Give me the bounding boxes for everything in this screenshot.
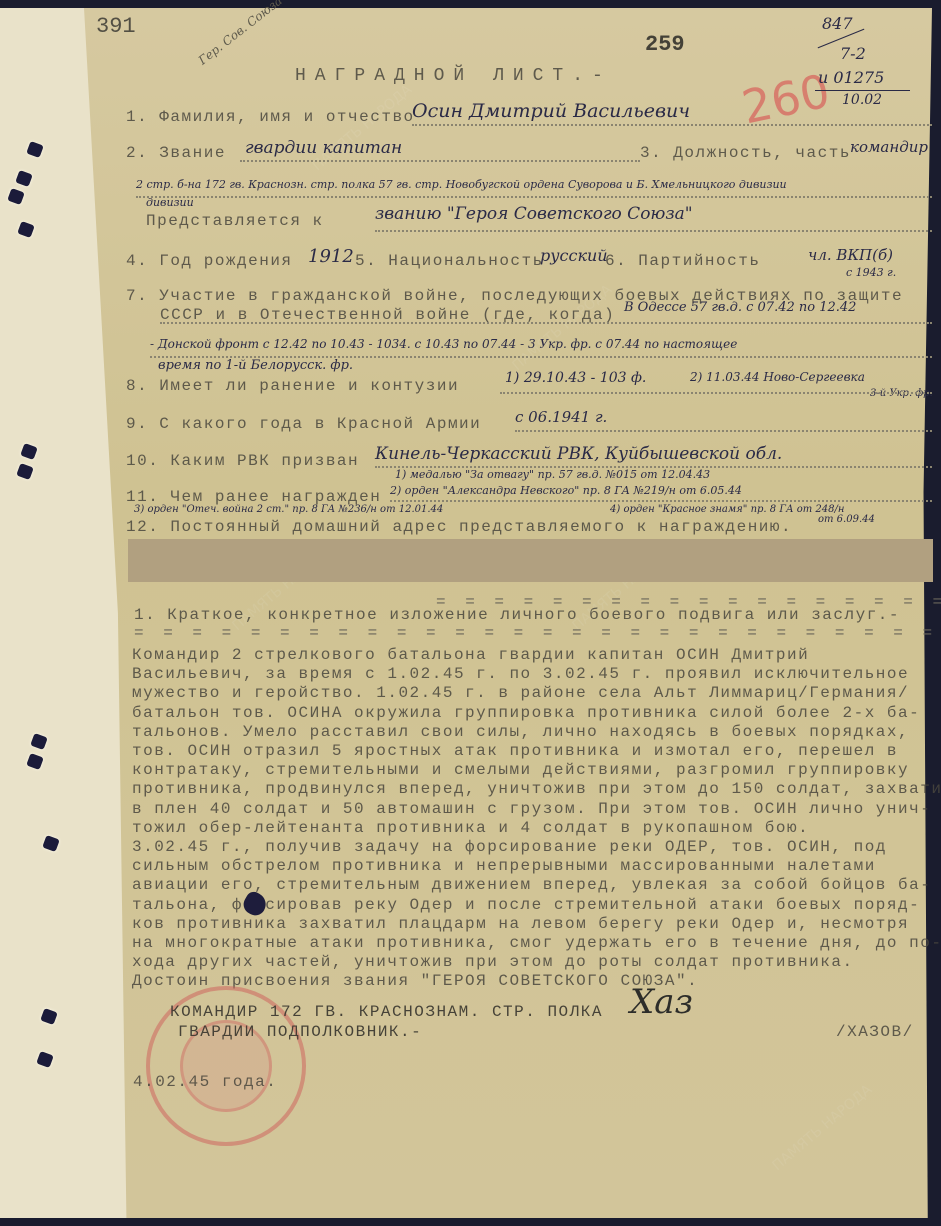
field-10-label: 10. Каким РВК призван xyxy=(126,452,359,470)
annotation-line1: 847 xyxy=(822,14,853,33)
narrative-line: Васильевич, за время с 1.02.45 г. по 3.0… xyxy=(132,665,932,684)
signature-title-line1: КОМАНДИР 172 ГВ. КРАСНОЗНАМ. СТР. ПОЛКА xyxy=(170,1003,603,1021)
annotation-line2: 7-2 xyxy=(840,44,866,63)
sheet-number: 391 xyxy=(96,14,136,39)
field-4-label: 4. Год рождения xyxy=(126,252,293,270)
field-4-value: 1912 xyxy=(308,246,354,267)
narrative-line: Достоин присвоения звания "ГЕРОЯ СОВЕТСК… xyxy=(132,972,932,991)
field-9-value: с 06.1941 г. xyxy=(515,408,607,426)
separator-line: = = = = = = = = = = = = = = = = = = = = … xyxy=(134,624,941,642)
field-7-value-a: В Одессе 57 гв.д. с 07.42 по 12.42 xyxy=(624,300,856,315)
narrative-line: 3.02.45 г., получив задачу на форсирован… xyxy=(132,838,932,857)
signature-title-line2: ГВАРДИИ ПОДПОЛКОВНИК.- xyxy=(178,1023,422,1041)
field-11-value-b: 2) орден "Александра Невского" пр. 8 ГА … xyxy=(390,484,742,497)
fill-line xyxy=(500,392,932,394)
narrative-line: противника, продвинулся вперед, уничтожи… xyxy=(132,780,932,799)
field-2-value: гвардии капитан xyxy=(245,138,402,158)
narrative-line: на многократные атаки противника, смог у… xyxy=(132,934,932,953)
document-date: 4.02.45 года. xyxy=(133,1073,277,1091)
field-5-label: 5. Национальность xyxy=(355,252,544,270)
narrative-line: сильным обстрелом противника и непрерывн… xyxy=(132,857,932,876)
field-12-label: 12. Постоянный домашний адрес представля… xyxy=(126,518,792,536)
field-8-label: 8. Имеет ли ранение и контузии xyxy=(126,377,459,395)
narrative-line: Командир 2 стрелкового батальона гвардии… xyxy=(132,646,932,665)
fill-line xyxy=(412,124,932,126)
fill-line xyxy=(390,500,932,502)
field-11-value-d: 4) орден "Красное знамя" пр. 8 ГА от 248… xyxy=(610,504,844,515)
handwritten-signature: Хаз xyxy=(630,982,693,1022)
fill-line xyxy=(375,230,932,232)
document-title: НАГРАДНОЙ ЛИСТ.- xyxy=(295,66,612,86)
narrative-heading: 1. Краткое, конкретное изложение личного… xyxy=(134,606,900,624)
narrative-line: тальонов. Умело расставил свои силы, лич… xyxy=(132,723,932,742)
redacted-address-block xyxy=(128,539,933,582)
page-number: 259 xyxy=(645,32,685,57)
field-12-value: от 6.09.44 xyxy=(818,514,875,525)
field-6-label: 6. Партийность xyxy=(605,252,760,270)
annotation-line4: 10.02 xyxy=(842,92,882,108)
presented-label: Представляется к xyxy=(146,212,324,230)
field-6-value: чл. ВКП(б) xyxy=(808,246,893,264)
field-7-value-b: - Донской фронт с 12.42 по 10.43 - 1034.… xyxy=(150,337,737,351)
narrative-line: тожил обер-лейтенанта противника и 4 сол… xyxy=(132,819,932,838)
annotation-divider xyxy=(815,90,910,91)
field-1-value: Осин Дмитрий Васильевич xyxy=(412,100,690,122)
field-8-value-b: 2) 11.03.44 Ново-Сергеевка xyxy=(690,370,865,384)
field-8-value: 1) 29.10.43 - 103 ф. xyxy=(505,370,646,386)
field-3-value-c: дивизии xyxy=(146,196,194,209)
fill-line xyxy=(240,160,640,162)
narrative-line: батальон тов. ОСИНА окружила группировка… xyxy=(132,704,932,723)
signer-name: /ХАЗОВ/ xyxy=(836,1023,914,1041)
annotation-line3: и 01275 xyxy=(818,68,884,87)
field-9-label: 9. С какого года в Красной Армии xyxy=(126,415,481,433)
field-3-value-a: командир xyxy=(850,138,928,156)
presented-value: званию "Героя Советского Союза" xyxy=(375,204,693,224)
narrative-line: тов. ОСИН отразил 5 яростных атак против… xyxy=(132,742,932,761)
field-1-label: 1. Фамилия, имя и отчество xyxy=(126,108,415,126)
narrative-body: Командир 2 стрелкового батальона гвардии… xyxy=(132,646,932,992)
narrative-line: хода других частей, уничтожив при этом д… xyxy=(132,953,932,972)
field-5-value: русский xyxy=(540,246,608,265)
field-11-value-c: 3) орден "Отеч. война 2 ст." пр. 8 ГА №2… xyxy=(134,504,443,515)
fill-line xyxy=(160,322,932,324)
fill-line xyxy=(136,196,932,198)
narrative-line: мужество и геройство. 1.02.45 г. в район… xyxy=(132,684,932,703)
field-3-value-b: 2 стр. б-на 172 гв. Краснозн. стр. полка… xyxy=(136,178,787,191)
narrative-line: ков противника захватил плацдарм на лево… xyxy=(132,915,932,934)
fill-line xyxy=(515,430,932,432)
scan-frame: ПАМЯТЬ НАРОДА ПАМЯТЬ НАРОДА ПАМЯТЬ НАРОД… xyxy=(0,0,941,1226)
narrative-line: контратаку, стремительными и смелыми дей… xyxy=(132,761,932,780)
field-10-value: Кинель-Черкасский РВК, Куйбышевской обл. xyxy=(375,444,782,464)
field-6-value-b: с 1943 г. xyxy=(846,266,896,279)
field-7-value-c: время по 1-й Белорусск. фр. xyxy=(158,358,353,373)
field-2-label: 2. Звание xyxy=(126,144,226,162)
field-11-value-a: 1) медалью "За отвагу" пр. 57 гв.д. №015… xyxy=(395,468,710,481)
narrative-line: в плен 40 солдат и 50 автомашин с грузом… xyxy=(132,800,932,819)
field-3-label: 3. Должность, часть xyxy=(640,144,851,162)
